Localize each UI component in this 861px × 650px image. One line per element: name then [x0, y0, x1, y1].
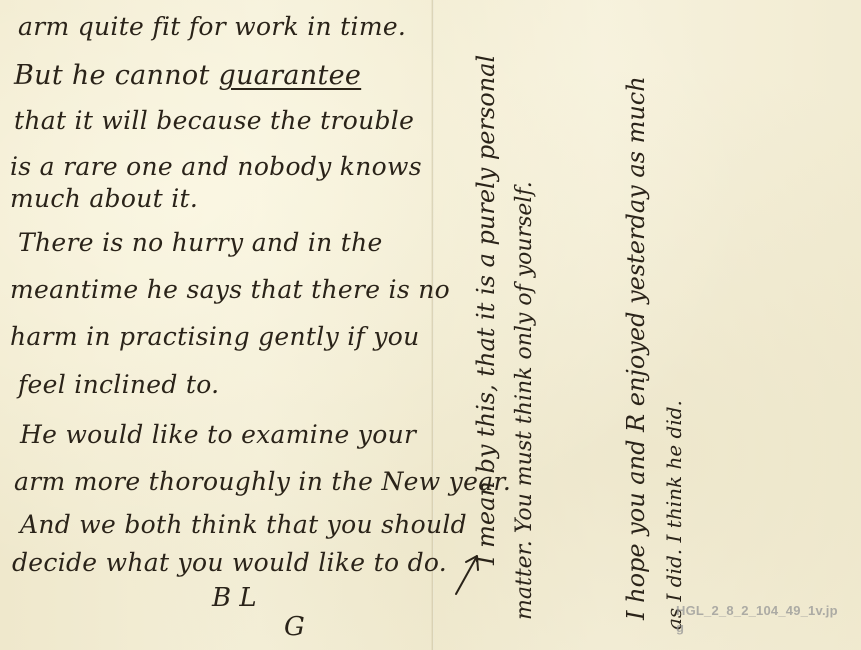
letter-line: is a rare one and nobody knows: [10, 152, 422, 181]
letter-line: There is no hurry and in the: [18, 228, 383, 257]
letter-line: much about it.: [10, 184, 198, 213]
letter-line: arm more thoroughly in the New year.: [14, 467, 511, 496]
underlined-word: guarantee: [219, 60, 362, 91]
signature-surname: G: [284, 612, 305, 642]
letter-line-text: But he cannot: [14, 60, 210, 91]
letter-line: And we both think that you should: [20, 510, 467, 539]
letter-line: harm in practising gently if you: [10, 322, 420, 351]
margin-note-line: as I did. I think he did.: [662, 400, 686, 630]
letter-line: feel inclined to.: [18, 370, 219, 399]
letter-line: that it will because the trouble: [14, 106, 414, 135]
margin-note-line: matter. You must think only of yourself.: [512, 181, 537, 620]
watermark-line: HGL_2_8_2_104_49_1v.jp: [676, 602, 838, 619]
margin-note-line: I mean by this, that it is a purely pers…: [472, 55, 500, 565]
letterhead-show-through: [157, 33, 423, 166]
watermark-line: g: [676, 619, 838, 636]
signature-initials: B L: [212, 583, 257, 613]
letter-line: decide what you would like to do.: [12, 548, 447, 577]
letter-line: arm quite fit for work in time.: [18, 12, 406, 41]
margin-note-line: I hope you and R enjoyed yesterday as mu…: [622, 76, 650, 620]
letter-line: But he cannot guarantee: [14, 60, 361, 91]
letter-line: meantime he says that there is no: [10, 275, 450, 304]
filename-watermark: HGL_2_8_2_104_49_1v.jp g: [676, 602, 838, 636]
letter-line: He would like to examine your: [20, 420, 416, 449]
